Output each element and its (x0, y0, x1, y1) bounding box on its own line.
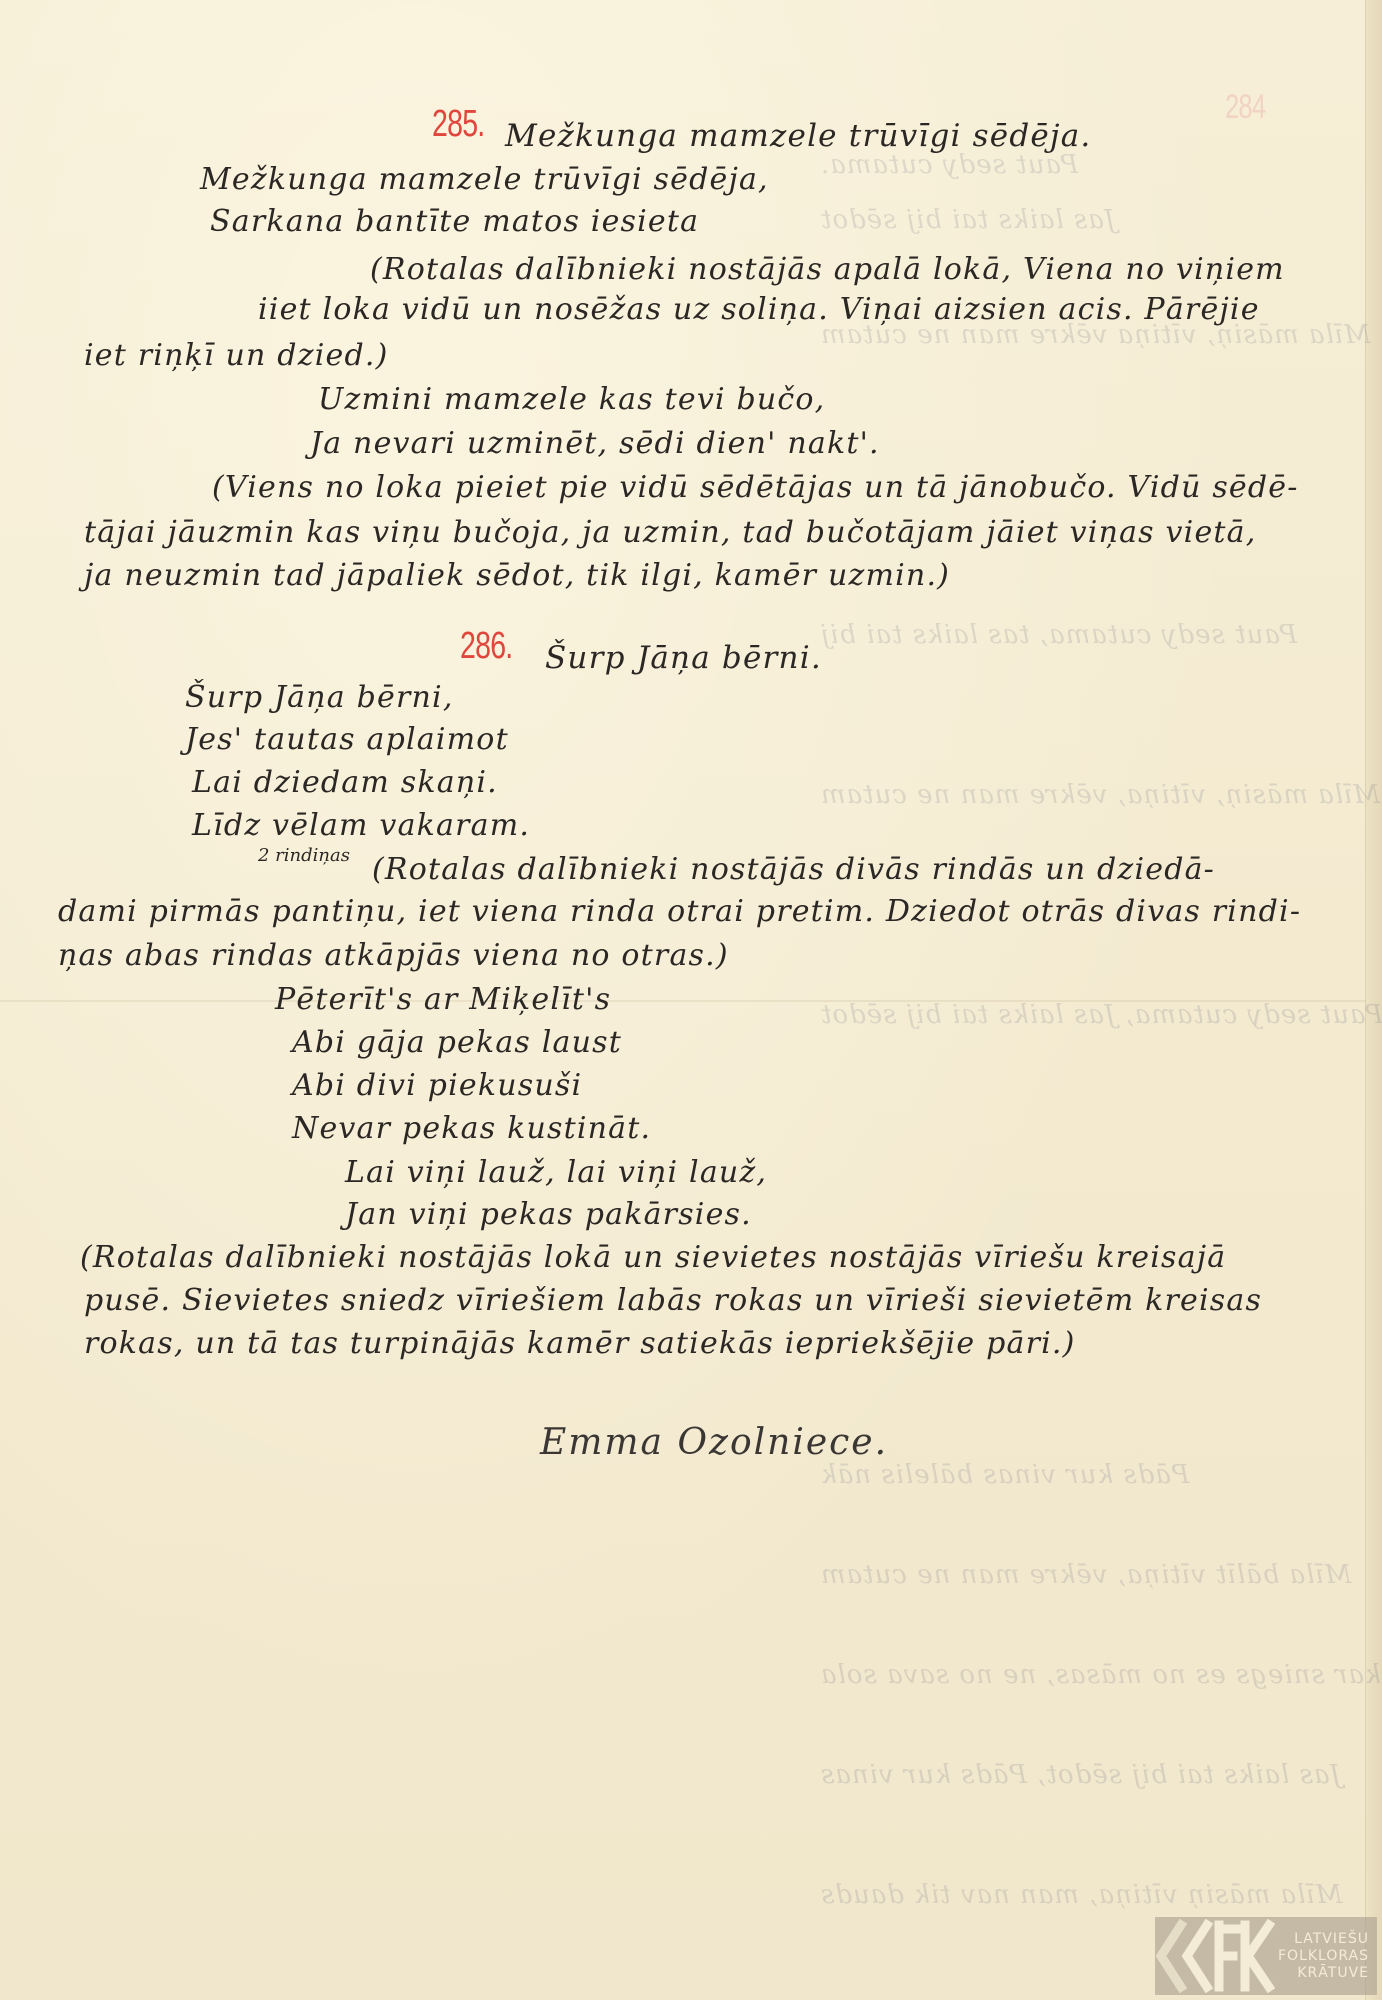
performance-note: (Rotalas dalībnieki nostājās divās rindā… (372, 852, 1215, 887)
collector-signature: Emma Ozolniece. (540, 1422, 888, 1463)
watermark-line: FOLKLORAS (1275, 1948, 1369, 1965)
bleed-through-number: 284 (1225, 88, 1265, 127)
bleed-through-text: Paut sedy cutama. (820, 150, 1078, 180)
bleed-through-text: Mīla māsiņ, vītiņa, vēkre man ne cutam (820, 780, 1380, 810)
verse-line: Šurp Jāņa bērni, (185, 680, 454, 715)
bleed-through-text: Jas laiks tai bij sēdot, Pāds kur vinas (820, 1760, 1341, 1790)
manuscript-page: Paut sedy cutama. Jas laiks tai bij sēdo… (0, 0, 1382, 2000)
bleed-through-text: Jas laiks tai bij sēdot (820, 205, 1115, 235)
bleed-through-text: Mīla māsiņ vītiņa, man nav tik dauds (820, 1880, 1342, 1910)
bleed-through-text: Paut sedy cutama, tas laiks tai bij (820, 620, 1297, 650)
verse-line: Lai viņi lauž, lai viņi lauž, (345, 1155, 767, 1190)
verse-line: Nevar pekas kustināt. (292, 1111, 651, 1146)
performance-note: tājai jāuzmin kas viņu bučoja, ja uzmin,… (84, 515, 1257, 550)
verse-line: Pēterīt's ar Miķelīt's (275, 982, 611, 1017)
verse-line: Jes' tautas aplaimot (185, 722, 509, 757)
verse-line: Abi gāja pekas laust (292, 1025, 622, 1060)
watermark-line: LATVIEŠU (1275, 1931, 1369, 1948)
song-title-286: Šurp Jāņa bērni. (545, 640, 822, 676)
bleed-through-text: Vakar sniegs es no māsas, ne no sava sol… (820, 1660, 1382, 1690)
performance-note: (Rotalas dalībnieki nostājās apalā lokā,… (370, 252, 1285, 287)
verse-line: Abi divi piekusuši (292, 1068, 582, 1103)
verse-line: Ja nevari uzminēt, sēdi dien' nakt'. (310, 426, 880, 461)
watermark-line: KRĀTUVE (1275, 1965, 1369, 1982)
performance-note: iet riņķī un dzied.) (84, 338, 389, 373)
bleed-through-text: Mīla bālīt vītiņa, vēkre man ne cutam (820, 1560, 1351, 1590)
bleed-through-text: Pāds kur vinas bālelis nāk (820, 1460, 1189, 1490)
bleed-through-text: Paut sedy cutama, Jas laiks tai bij sēdo… (820, 1000, 1382, 1030)
verse-line: Jan viņi pekas pakārsies. (345, 1197, 752, 1232)
song-number-286: 286. (460, 625, 512, 668)
performance-note: iiet loka vidū un nosēžas uz soliņa. Viņ… (258, 292, 1260, 327)
verse-line: Lai dziedam skaņi. (192, 765, 498, 800)
archive-watermark-logo: LATVIEŠU FOLKLORAS KRĀTUVE (1155, 1917, 1377, 1995)
performance-note: (Viens no loka pieiet pie vidū sēdētājas… (212, 470, 1299, 505)
watermark-text: LATVIEŠU FOLKLORAS KRĀTUVE (1275, 1931, 1377, 1982)
verse-line: Uzmini mamzele kas tevi bučo, (318, 382, 825, 417)
performance-note: (Rotalas dalībnieki nostājās lokā un sie… (80, 1240, 1226, 1275)
song-number-285: 285. (432, 103, 484, 146)
performance-note: ja neuzmin tad jāpaliek sēdot, tik ilgi,… (84, 558, 950, 593)
verse-line: Mežkunga mamzele trūvīgi sēdēja, (200, 162, 769, 197)
performance-note: rokas, un tā tas turpinājās kamēr satiek… (84, 1326, 1076, 1361)
interlinear-insertion: 2 rindiņas (258, 845, 350, 866)
lfk-chevron-icon (1155, 1917, 1275, 1995)
verse-line: Līdz vēlam vakaram. (192, 808, 530, 843)
performance-note: ņas abas rindas atkāpjās viena no otras.… (58, 938, 729, 973)
song-title-285: Mežkunga mamzele trūvīgi sēdēja. (505, 118, 1091, 154)
performance-note: dami pirmās pantiņu, iet viena rinda otr… (58, 894, 1301, 929)
performance-note: pusē. Sievietes sniedz vīriešiem labās r… (84, 1283, 1262, 1318)
verse-line: Sarkana bantīte matos iesieta (210, 204, 699, 239)
